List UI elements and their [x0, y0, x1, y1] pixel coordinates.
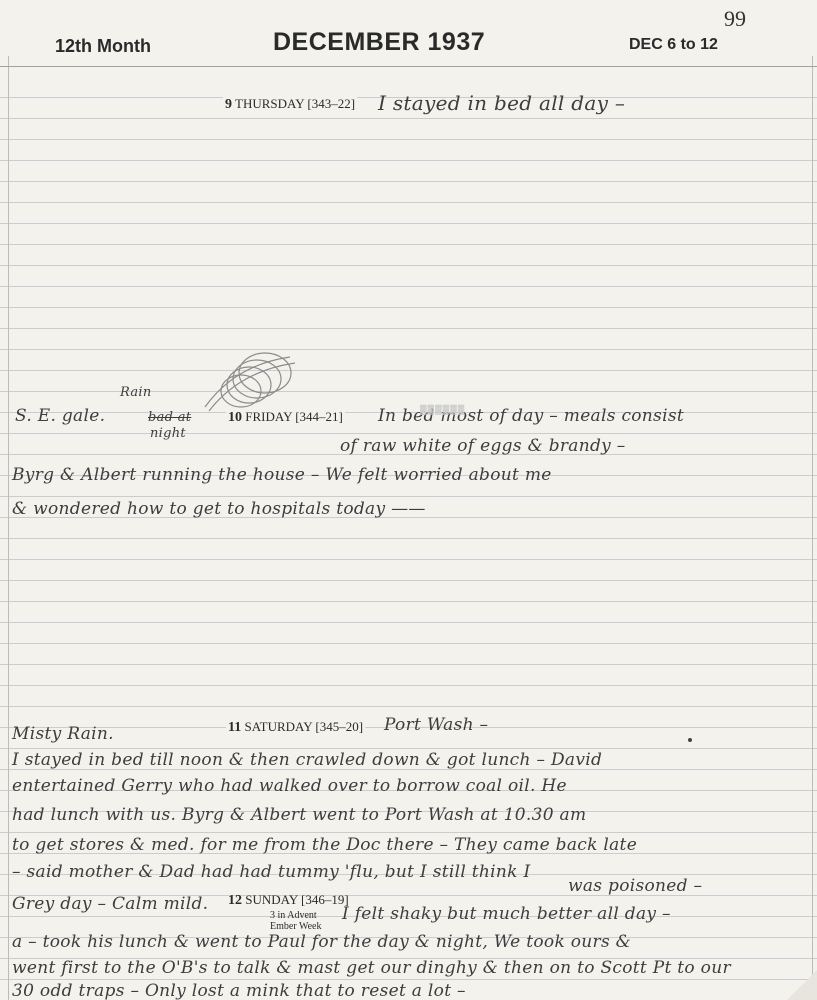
day-heading-thursday: 9 THURSDAY [343–22] [223, 96, 357, 113]
margin-rule-left [8, 56, 9, 1000]
weather-note: Grey day – Calm mild. [12, 894, 208, 914]
entry-line: a – took his lunch & went to Paul for th… [12, 932, 631, 952]
day-heading-sunday: 12 SUNDAY [346–19] [226, 892, 351, 909]
ink-dot [688, 738, 692, 742]
day-number: 10 [228, 410, 242, 425]
day-heading-friday: 10 FRIDAY [344–21] [226, 409, 345, 426]
entry-line: to get stores & med. for me from the Doc… [12, 835, 637, 855]
entry-line: entertained Gerry who had walked over to… [12, 776, 567, 796]
entry-line: went first to the O'B's to talk & mast g… [12, 958, 731, 978]
day-heading-saturday: 11 SATURDAY [345–20] [226, 719, 365, 736]
entry-line: of raw white of eggs & brandy – [340, 436, 626, 456]
entry-line: I felt shaky but much better all day – [342, 904, 671, 924]
weather-note: S. E. gale. [15, 406, 105, 426]
page-corner [787, 970, 817, 1000]
entry-line: 30 odd traps – Only lost a mink that to … [12, 981, 466, 1000]
margin-note-below: night [150, 426, 186, 441]
entry-line: – said mother & Dad had had tummy 'flu, … [12, 862, 530, 882]
entry-line: I stayed in bed till noon & then crawled… [12, 750, 602, 770]
margin-rule-right [812, 56, 813, 1000]
month-label: 12th Month [55, 36, 151, 57]
entry-line: I stayed in bed all day – [378, 91, 625, 115]
liturgical-note: 3 in Advent [270, 910, 317, 921]
weather-note: Misty Rain. [12, 724, 114, 744]
day-label: FRIDAY [344–21] [245, 409, 343, 424]
entry-line: had lunch with us. Byrg & Albert went to… [12, 805, 586, 825]
margin-note-struck: bad at [148, 410, 191, 425]
entry-line: & wondered how to get to hospitals today… [12, 499, 426, 519]
day-number: 9 [225, 97, 232, 112]
page-title: DECEMBER 1937 [273, 28, 485, 57]
week-range: DEC 6 to 12 [629, 36, 718, 54]
entry-line: Byrg & Albert running the house – We fel… [12, 465, 552, 485]
day-label: THURSDAY [343–22] [235, 96, 355, 111]
diary-page: 99 12th Month DECEMBER 1937 DEC 6 to 12 … [0, 0, 817, 1000]
liturgical-note: Ember Week [270, 921, 322, 932]
page-number: 99 [724, 6, 746, 32]
header-rule [0, 66, 817, 67]
margin-note-above: Rain [120, 385, 152, 400]
entry-line: was poisoned – [568, 876, 702, 896]
heading-note: Port Wash – [384, 715, 488, 735]
day-label: SUNDAY [346–19] [245, 892, 348, 907]
ink-stamp-icon [195, 345, 305, 415]
faint-watermark: ▓▓▓▓▓▓ [420, 404, 465, 414]
day-number: 11 [228, 720, 241, 735]
day-label: SATURDAY [345–20] [244, 719, 363, 734]
day-number: 12 [228, 893, 242, 908]
